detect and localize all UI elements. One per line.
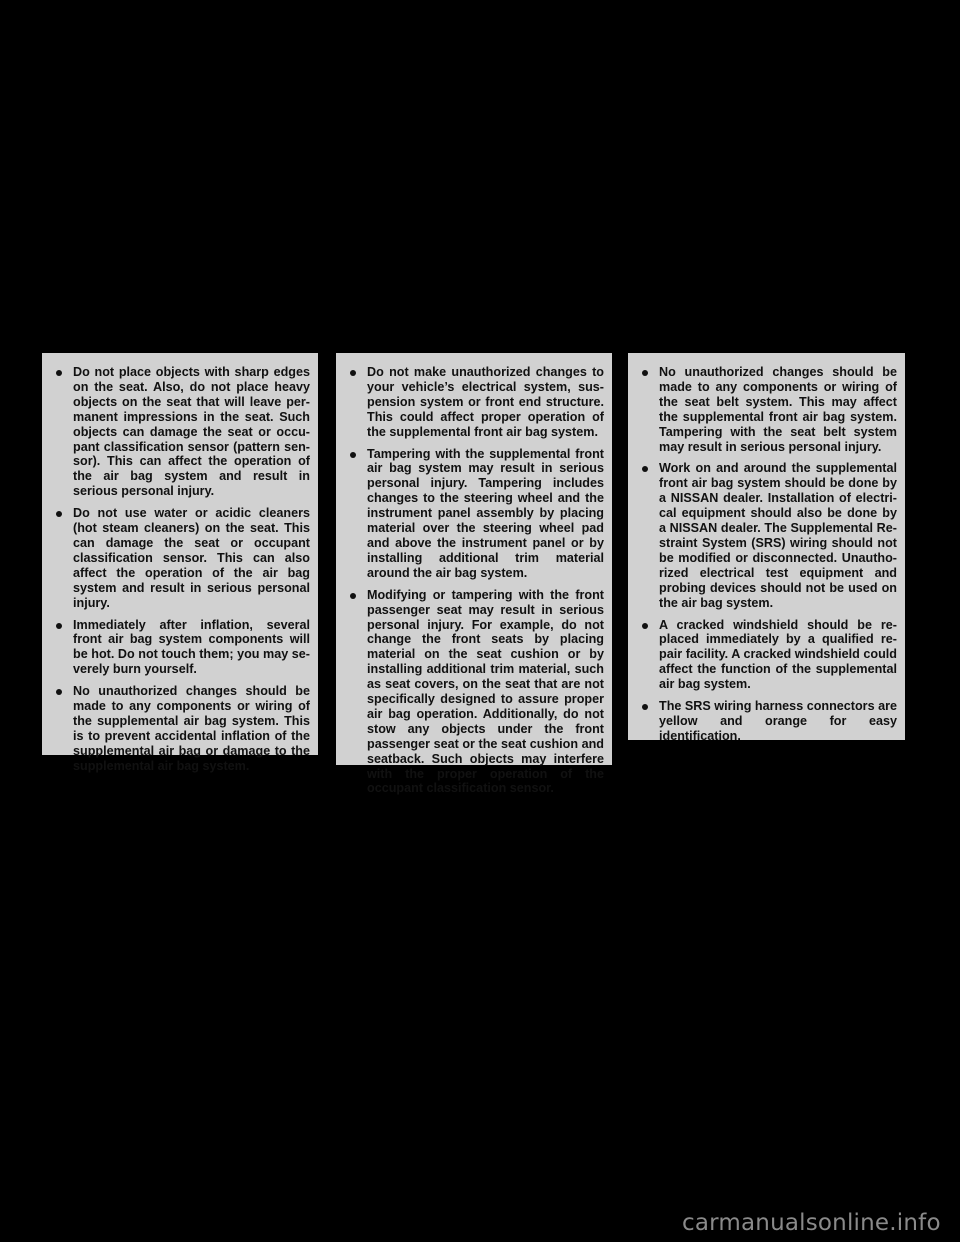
warning-text: No unauthorized changes should be made t…	[659, 365, 897, 454]
warning-box-middle: Do not make unauthorized changes to your…	[336, 353, 612, 765]
warning-item: Do not make unauthorized changes to your…	[346, 365, 604, 440]
warning-item: Immediately after inflation, several fro…	[52, 618, 310, 678]
warning-text: Work on and around the supplemental fron…	[659, 461, 897, 609]
bullet-icon	[350, 593, 356, 599]
bullet-icon	[56, 511, 62, 517]
bullet-icon	[56, 689, 62, 695]
bullet-icon	[642, 623, 648, 629]
warning-item: No unauthorized changes should be made t…	[638, 365, 897, 454]
warning-text: Do not place objects with sharp edges on…	[73, 365, 310, 498]
bullet-icon	[56, 370, 62, 376]
bullet-icon	[350, 452, 356, 458]
bullet-icon	[642, 704, 648, 710]
watermark: carmanualsonline.info	[682, 1210, 941, 1236]
warning-item: A cracked windshield should be re­placed…	[638, 618, 897, 693]
warning-text: A cracked windshield should be re­placed…	[659, 618, 897, 692]
warning-item: Do not use water or acidic cleaners (hot…	[52, 506, 310, 610]
warning-text: Immediately after inflation, several fro…	[73, 618, 310, 677]
bullet-icon	[642, 370, 648, 376]
warning-box-right: No unauthorized changes should be made t…	[628, 353, 905, 740]
warning-item: No unauthorized changes should be made t…	[52, 684, 310, 773]
warning-text: Modifying or tampering with the front pa…	[367, 588, 604, 796]
warning-item: The SRS wiring harness connectors are ye…	[638, 699, 897, 744]
warning-text: Do not use water or acidic cleaners (hot…	[73, 506, 310, 609]
warning-text: The SRS wiring harness connectors are ye…	[659, 699, 897, 743]
warning-text: Tampering with the supplemental front ai…	[367, 447, 604, 580]
warning-item: Modifying or tampering with the front pa…	[346, 588, 604, 797]
warning-item: Tampering with the supplemental front ai…	[346, 447, 604, 581]
bullet-icon	[56, 623, 62, 629]
warning-text: Do not make unauthorized changes to your…	[367, 365, 604, 439]
bullet-icon	[350, 370, 356, 376]
warning-item: Work on and around the supplemental fron…	[638, 461, 897, 610]
warning-text: No unauthorized changes should be made t…	[73, 684, 310, 773]
warning-box-left: Do not place objects with sharp edges on…	[42, 353, 318, 755]
bullet-icon	[642, 466, 648, 472]
warning-item: Do not place objects with sharp edges on…	[52, 365, 310, 499]
